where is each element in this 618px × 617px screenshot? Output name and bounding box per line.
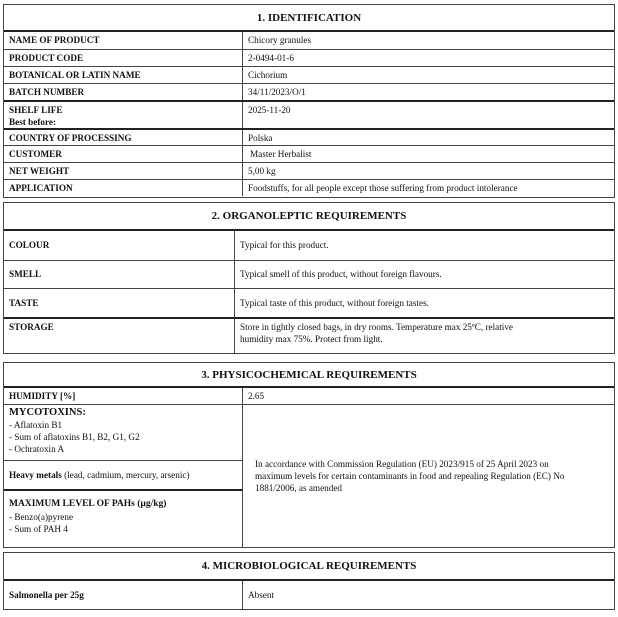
- row-value: Polska: [243, 130, 614, 145]
- row-label: Salmonella per 25g: [4, 581, 243, 609]
- table-row: TASTE Typical taste of this product, wit…: [4, 288, 614, 317]
- humidity-label: HUMIDITY [%]: [4, 388, 242, 405]
- pahs-block: MAXIMUM LEVEL OF PAHs (µg/kg) - Benzo(a)…: [4, 491, 242, 547]
- row-label: COUNTRY OF PROCESSING: [4, 130, 243, 145]
- row-label: COLOUR: [4, 231, 235, 260]
- mycotoxins-label: MYCOTOXINS:: [9, 407, 237, 419]
- row-value: Store in tightly closed bags, in dry roo…: [235, 319, 614, 353]
- row-label: NET WEIGHT: [4, 163, 243, 179]
- row-value: Chicory granules: [243, 32, 614, 49]
- section-title: 1. IDENTIFICATION: [4, 5, 614, 32]
- section-title: 4. MICROBIOLOGICAL REQUIREMENTS: [4, 553, 614, 581]
- list-item: - Aflatoxin B1: [9, 419, 237, 431]
- row-label: SMELL: [4, 261, 235, 289]
- row-label: APPLICATION: [4, 180, 243, 196]
- row-value: 2-0494-01-6: [243, 50, 614, 66]
- row-value: 2025-11-20: [243, 102, 614, 128]
- heavy-metals-label: Heavy metals: [9, 470, 62, 480]
- mycotoxins-block: MYCOTOXINS: - Aflatoxin B1 - Sum of afla…: [4, 405, 242, 461]
- table-row: CUSTOMER Master Herbalist: [4, 145, 614, 162]
- physicochemical-section: 3. PHYSICOCHEMICAL REQUIREMENTS HUMIDITY…: [3, 362, 615, 548]
- table-row: COLOUR Typical for this product.: [4, 231, 614, 260]
- row-value: Typical taste of this product, without f…: [235, 289, 614, 317]
- row-value: Foodstuffs, for all people except those …: [243, 180, 614, 196]
- row-value: Master Herbalist: [243, 146, 614, 162]
- table-row: SHELF LIFE Best before: 2025-11-20: [4, 100, 614, 128]
- row-value: Typical smell of this product, without f…: [235, 261, 614, 289]
- row-value: 5,00 kg: [243, 163, 614, 179]
- section-title: 3. PHYSICOCHEMICAL REQUIREMENTS: [4, 363, 614, 388]
- table-row: BOTANICAL OR LATIN NAME Cichorium: [4, 66, 614, 83]
- organoleptic-section: 2. ORGANOLEPTIC REQUIREMENTS COLOUR Typi…: [3, 202, 615, 354]
- pahs-label: MAXIMUM LEVEL OF PAHs (µg/kg): [9, 497, 237, 511]
- physicochemical-table: HUMIDITY [%] MYCOTOXINS: - Aflatoxin B1 …: [4, 388, 614, 547]
- heavy-metals-detail: (lead, cadmium, mercury, arsenic): [62, 470, 190, 480]
- row-label: PRODUCT CODE: [4, 50, 243, 66]
- table-row: BATCH NUMBER 34/11/2023/O/1: [4, 83, 614, 100]
- regulation-value: In accordance with Commission Regulation…: [255, 458, 575, 494]
- table-row: APPLICATION Foodstuffs, for all people e…: [4, 179, 614, 196]
- identification-section: 1. IDENTIFICATION NAME OF PRODUCT Chicor…: [3, 4, 615, 198]
- row-label: BATCH NUMBER: [4, 84, 243, 100]
- table-row: SMELL Typical smell of this product, wit…: [4, 260, 614, 289]
- row-label: TASTE: [4, 289, 235, 317]
- microbiological-section: 4. MICROBIOLOGICAL REQUIREMENTS Salmonel…: [3, 552, 615, 610]
- list-item: - Ochratoxin A: [9, 443, 237, 455]
- section-title: 2. ORGANOLEPTIC REQUIREMENTS: [4, 203, 614, 231]
- row-label: CUSTOMER: [4, 146, 243, 162]
- row-label: BOTANICAL OR LATIN NAME: [4, 67, 243, 83]
- table-row: STORAGE Store in tightly closed bags, in…: [4, 317, 614, 353]
- row-label: NAME OF PRODUCT: [4, 32, 243, 49]
- table-row: COUNTRY OF PROCESSING Polska: [4, 128, 614, 145]
- list-item: - Sum of PAH 4: [9, 523, 237, 535]
- best-before-label: Best before:: [9, 116, 237, 128]
- heavy-metals-block: Heavy metals (lead, cadmium, mercury, ar…: [4, 461, 242, 491]
- table-row: PRODUCT CODE 2-0494-01-6: [4, 49, 614, 66]
- regulation-text: In accordance with Commission Regulation…: [243, 405, 614, 547]
- list-item: - Sum of aflatoxins B1, B2, G1, G2: [9, 431, 237, 443]
- list-item: - Benzo(a)pyrene: [9, 511, 237, 523]
- row-label: STORAGE: [4, 319, 235, 353]
- row-label: SHELF LIFE Best before:: [4, 102, 243, 128]
- row-value: 34/11/2023/O/1: [243, 84, 614, 100]
- row-value: Absent: [243, 581, 614, 609]
- table-row: NET WEIGHT 5,00 kg: [4, 162, 614, 179]
- label-column: HUMIDITY [%] MYCOTOXINS: - Aflatoxin B1 …: [4, 388, 243, 547]
- table-row: NAME OF PRODUCT Chicory granules: [4, 32, 614, 49]
- value-column: 2.65 In accordance with Commission Regul…: [243, 388, 614, 547]
- table-row: Salmonella per 25g Absent: [4, 581, 614, 609]
- shelf-life-label: SHELF LIFE: [9, 104, 237, 116]
- humidity-value: 2.65: [243, 388, 614, 405]
- row-value: Typical for this product.: [235, 231, 614, 260]
- row-value: Cichorium: [243, 67, 614, 83]
